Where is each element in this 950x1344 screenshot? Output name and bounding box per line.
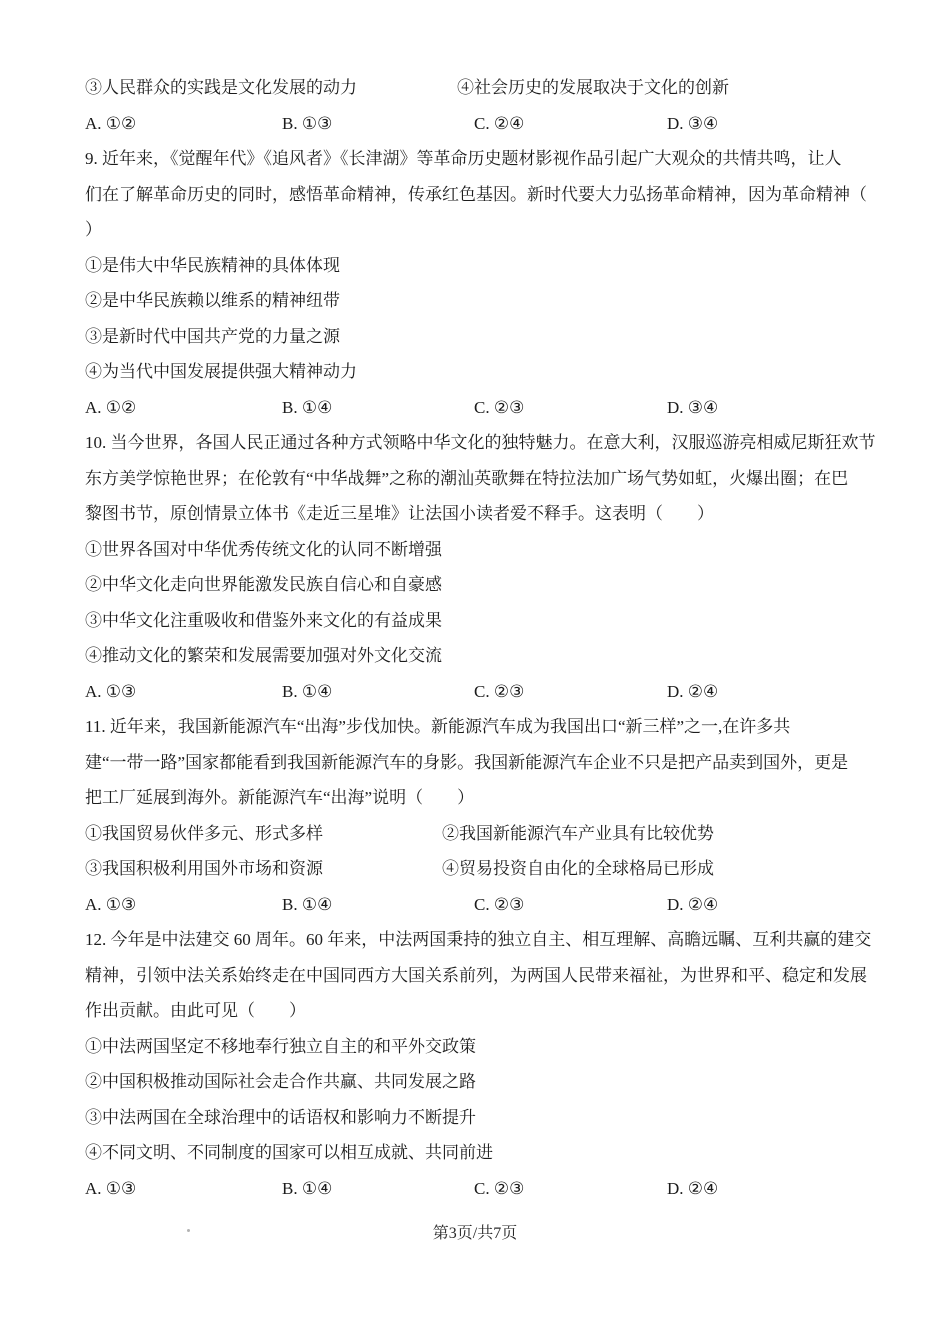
- q11-answer-d: D. ②④: [667, 894, 718, 916]
- q10-answer-options: A. ①③B. ①④C. ②③D. ②④: [0, 681, 950, 705]
- q11-stem-line-1: 11. 近年来，我国新能源汽车“出海”步伐加快。新能源汽车成为我国出口“新三样”…: [0, 716, 950, 740]
- q10-choice-1: ①世界各国对中华优秀传统文化的认同不断增强: [0, 539, 950, 563]
- q10-answer-a: A. ①③: [85, 681, 136, 703]
- q8-choice-3: ③人民群众的实践是文化发展的动力: [85, 77, 357, 99]
- q11-choice-pair-row-2: ③我国积极利用国外市场和资源④贸易投资自由化的全球格局已形成: [0, 858, 950, 882]
- q9-answer-options: A. ①②B. ①④C. ②③D. ③④: [0, 397, 950, 421]
- q12-stem-line-1: 12. 今年是中法建交 60 周年。60 年来，中法两国秉持的独立自主、相互理解…: [0, 929, 950, 953]
- q12-choice-3: ③中法两国在全球治理中的话语权和影响力不断提升: [0, 1107, 950, 1131]
- q10-answer-c: C. ②③: [474, 681, 524, 703]
- q9-choice-3-text: ③是新时代中国共产党的力量之源: [85, 326, 340, 348]
- q8-answer-options: A. ①②B. ①③C. ②④D. ③④: [0, 113, 950, 137]
- q12-answer-d: D. ②④: [667, 1178, 718, 1200]
- q9-stem-line-3-text: ）: [85, 219, 102, 241]
- q12-stem-line-2: 精神，引领中法关系始终走在中国同西方大国关系前列，为两国人民带来福祉，为世界和平…: [0, 965, 950, 989]
- q8-choice-pair-row: ③人民群众的实践是文化发展的动力④社会历史的发展取决于文化的创新: [0, 77, 950, 101]
- q10-choice-3-text: ③中华文化注重吸收和借鉴外来文化的有益成果: [85, 610, 442, 632]
- q11-choice-2: ②我国新能源汽车产业具有比较优势: [442, 823, 714, 845]
- q10-stem-line-3: 黎图书节，原创情景立体书《走近三星堆》让法国小读者爱不释手。这表明（ ）: [0, 503, 950, 527]
- q10-stem-line-3-text: 黎图书节，原创情景立体书《走近三星堆》让法国小读者爱不释手。这表明（ ）: [85, 503, 714, 525]
- q12-answer-b: B. ①④: [282, 1178, 332, 1200]
- page-number-label: 第3页/共7页: [433, 1225, 517, 1242]
- q11-answer-b: B. ①④: [282, 894, 332, 916]
- q9-stem-line-2: 们在了解革命历史的同时，感悟革命精神，传承红色基因。新时代要大力弘扬革命精神，因…: [0, 184, 950, 208]
- q12-stem-line-1-text: 12. 今年是中法建交 60 周年。60 年来，中法两国秉持的独立自主、相互理解…: [85, 929, 871, 951]
- q9-answer-d: D. ③④: [667, 397, 718, 419]
- q8-answer-b: B. ①③: [282, 113, 332, 135]
- q8-answer-c: C. ②④: [474, 113, 524, 135]
- q9-choice-4: ④为当代中国发展提供强大精神动力: [0, 361, 950, 385]
- q12-stem-line-2-text: 精神，引领中法关系始终走在中国同西方大国关系前列，为两国人民带来福祉，为世界和平…: [85, 965, 867, 987]
- q11-stem-line-3: 把工厂延展到海外。新能源汽车“出海”说明（ ）: [0, 787, 950, 811]
- q10-choice-1-text: ①世界各国对中华优秀传统文化的认同不断增强: [85, 539, 442, 561]
- q8-choice-4: ④社会历史的发展取决于文化的创新: [457, 77, 729, 99]
- q11-answer-c: C. ②③: [474, 894, 524, 916]
- q12-choice-2-text: ②中国积极推动国际社会走合作共赢、共同发展之路: [85, 1071, 476, 1093]
- q10-stem-line-1-text: 10. 当今世界，各国人民正通过各种方式领略中华文化的独特魅力。在意大利，汉服巡…: [85, 432, 876, 454]
- q9-choice-2-text: ②是中华民族赖以维系的精神纽带: [85, 290, 340, 312]
- q11-choice-4: ④贸易投资自由化的全球格局已形成: [442, 858, 714, 880]
- q11-choice-3: ③我国积极利用国外市场和资源: [85, 858, 323, 880]
- q12-choice-4-text: ④不同文明、不同制度的国家可以相互成就、共同前进: [85, 1142, 493, 1164]
- q12-stem-line-3-text: 作出贡献。由此可见（ ）: [85, 1000, 306, 1022]
- q10-choice-4: ④推动文化的繁荣和发展需要加强对外文化交流: [0, 645, 950, 669]
- q10-choice-2-text: ②中华文化走向世界能激发民族自信心和自豪感: [85, 574, 442, 596]
- q9-answer-c: C. ②③: [474, 397, 524, 419]
- q11-answer-a: A. ①③: [85, 894, 136, 916]
- q12-answer-options: A. ①③B. ①④C. ②③D. ②④: [0, 1178, 950, 1202]
- q11-stem-line-1-text: 11. 近年来，我国新能源汽车“出海”步伐加快。新能源汽车成为我国出口“新三样”…: [85, 716, 790, 738]
- q12-choice-4: ④不同文明、不同制度的国家可以相互成就、共同前进: [0, 1142, 950, 1166]
- q11-choice-pair-row-1: ①我国贸易伙伴多元、形式多样②我国新能源汽车产业具有比较优势: [0, 823, 950, 847]
- q9-stem-line-3: ）: [0, 219, 950, 243]
- exam-document-page: ③人民群众的实践是文化发展的动力④社会历史的发展取决于文化的创新A. ①②B. …: [0, 0, 950, 1344]
- q12-choice-1-text: ①中法两国坚定不移地奉行独立自主的和平外交政策: [85, 1036, 476, 1058]
- q11-stem-line-2: 建“一带一路”国家都能看到我国新能源汽车的身影。我国新能源汽车企业不只是把产品卖…: [0, 752, 950, 776]
- q9-stem-line-1: 9. 近年来，《觉醒年代》《追风者》《长津湖》等革命历史题材影视作品引起广大观众…: [0, 148, 950, 172]
- q10-choice-4-text: ④推动文化的繁荣和发展需要加强对外文化交流: [85, 645, 442, 667]
- q11-stem-line-3-text: 把工厂延展到海外。新能源汽车“出海”说明（ ）: [85, 787, 474, 809]
- q8-answer-a: A. ①②: [85, 113, 136, 135]
- q12-stem-line-3: 作出贡献。由此可见（ ）: [0, 1000, 950, 1024]
- q9-choice-1-text: ①是伟大中华民族精神的具体体现: [85, 255, 340, 277]
- q12-answer-c: C. ②③: [474, 1178, 524, 1200]
- q9-choice-2: ②是中华民族赖以维系的精神纽带: [0, 290, 950, 314]
- q12-choice-1: ①中法两国坚定不移地奉行独立自主的和平外交政策: [0, 1036, 950, 1060]
- q9-choice-3: ③是新时代中国共产党的力量之源: [0, 326, 950, 350]
- q9-stem-line-1-text: 9. 近年来，《觉醒年代》《追风者》《长津湖》等革命历史题材影视作品引起广大观众…: [85, 148, 842, 170]
- q10-stem-line-1: 10. 当今世界，各国人民正通过各种方式领略中华文化的独特魅力。在意大利，汉服巡…: [0, 432, 950, 456]
- q10-choice-3: ③中华文化注重吸收和借鉴外来文化的有益成果: [0, 610, 950, 634]
- q9-choice-4-text: ④为当代中国发展提供强大精神动力: [85, 361, 357, 383]
- q11-choice-1: ①我国贸易伙伴多元、形式多样: [85, 823, 323, 845]
- q10-answer-d: D. ②④: [667, 681, 718, 703]
- q10-choice-2: ②中华文化走向世界能激发民族自信心和自豪感: [0, 574, 950, 598]
- q12-choice-2: ②中国积极推动国际社会走合作共赢、共同发展之路: [0, 1071, 950, 1095]
- q11-answer-options: A. ①③B. ①④C. ②③D. ②④: [0, 894, 950, 918]
- q9-choice-1: ①是伟大中华民族精神的具体体现: [0, 255, 950, 279]
- q11-stem-line-2-text: 建“一带一路”国家都能看到我国新能源汽车的身影。我国新能源汽车企业不只是把产品卖…: [85, 752, 848, 774]
- q9-answer-b: B. ①④: [282, 397, 332, 419]
- page-footer: 第3页/共7页: [0, 1224, 950, 1244]
- q12-choice-3-text: ③中法两国在全球治理中的话语权和影响力不断提升: [85, 1107, 476, 1129]
- q12-answer-a: A. ①③: [85, 1178, 136, 1200]
- q9-answer-a: A. ①②: [85, 397, 136, 419]
- q9-stem-line-2-text: 们在了解革命历史的同时，感悟革命精神，传承红色基因。新时代要大力弘扬革命精神，因…: [85, 184, 867, 206]
- q10-stem-line-2: 东方美学惊艳世界；在伦敦有“中华战舞”之称的潮汕英歌舞在特拉法加广场气势如虹，火…: [0, 468, 950, 492]
- q10-stem-line-2-text: 东方美学惊艳世界；在伦敦有“中华战舞”之称的潮汕英歌舞在特拉法加广场气势如虹，火…: [85, 468, 848, 490]
- q8-answer-d: D. ③④: [667, 113, 718, 135]
- q10-answer-b: B. ①④: [282, 681, 332, 703]
